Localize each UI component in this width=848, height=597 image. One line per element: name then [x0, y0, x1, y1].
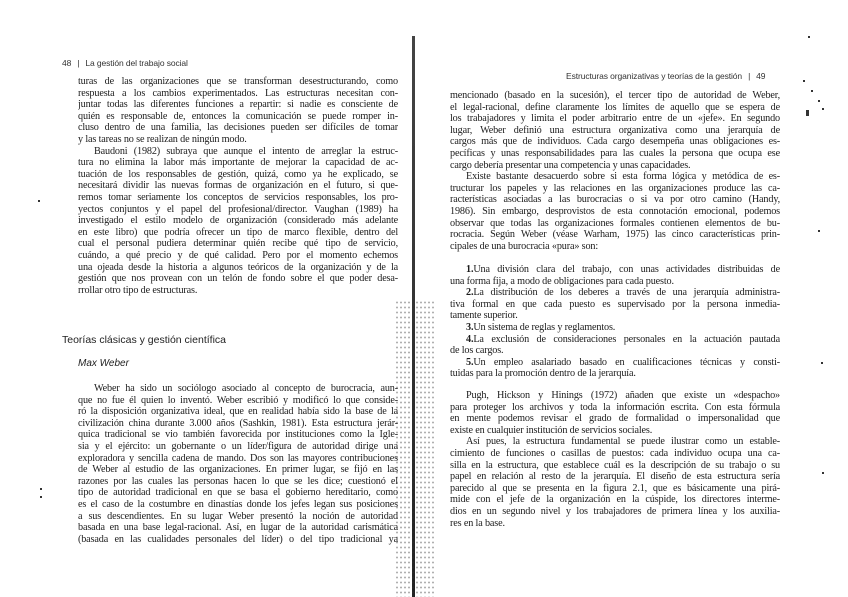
text-line: tiva formal en que cada puesto es superv…	[450, 299, 780, 311]
text-line: tuación de los responsables de gestión, …	[78, 169, 398, 181]
text-line: razones por las cuales las personas hace…	[78, 476, 398, 488]
text-line: Weber ha sido un sociólogo asociado al c…	[78, 383, 398, 395]
scan-speck	[822, 108, 824, 110]
text-line: rrollar otro tipo de estructuras.	[78, 285, 398, 297]
right-paragraph-1: mencionado (basado en la sucesión), el t…	[450, 90, 780, 252]
text-line: quica tradicional se vio también favorec…	[78, 429, 398, 441]
text-line: tipo de autoridad tradicional en que se …	[78, 487, 398, 499]
text-line: Existe bastante desacuerdo sobre si esta…	[450, 171, 780, 183]
text-line: (basada en las cualidades personales del…	[78, 534, 398, 546]
text-line: civilización china durante 3.000 años (S…	[78, 418, 398, 430]
text-line: remos tomar seriamente los conceptos de …	[78, 192, 398, 204]
text-line: cargos más que de individuos. Cada cargo…	[450, 136, 780, 148]
text-line: a sus descendientes. En su lugar Weber p…	[78, 511, 398, 523]
scan-speck	[811, 90, 813, 92]
text-line: cual el personal pudiera determinar quié…	[78, 238, 398, 250]
text-line: mide con el jefe de la organización en l…	[450, 494, 780, 506]
text-line: gestión que nos provean con un telón de …	[78, 273, 398, 285]
right-page-number: 49	[756, 71, 765, 81]
text-line: basada en una base legal-racional. Así, …	[78, 522, 398, 534]
left-page-number: 48	[62, 58, 71, 68]
text-line: yectos conjuntos y el papel del profesio…	[78, 204, 398, 216]
text-line: respuesta a los cambios experimentados. …	[78, 88, 398, 100]
header-separator: |	[77, 58, 79, 68]
text-line: es el caso de la costumbre en dinastías …	[78, 499, 398, 511]
text-line: el legal-racional, define claramente los…	[450, 102, 780, 114]
text-line: Pugh, Hickson y Hinings (1972) añaden qu…	[450, 390, 780, 402]
text-line: tura no elimina la labor más importante …	[78, 157, 398, 169]
text-line: tuidas para la promoción dentro de la je…	[450, 368, 780, 380]
text-line: papel en relación al resto de la jerarqu…	[450, 471, 780, 483]
text-line: ró la disposición organizativa ideal, qu…	[78, 406, 398, 418]
scan-speck	[821, 362, 823, 364]
text-line: tamente superior.	[450, 310, 780, 322]
text-line: necesitará dividir las nuevas formas de …	[78, 180, 398, 192]
text-line: Baudoni (1982) subraya que aunque el int…	[78, 146, 398, 158]
left-paragraph-1: turas de las organizaciones que se trans…	[78, 76, 398, 296]
text-line: cluso dentro de una familia, las decisio…	[78, 122, 398, 134]
list-item: 2.La distribución de los deberes a travé…	[450, 287, 780, 299]
right-page: Estructuras organizativas y teorías de l…	[418, 0, 848, 597]
text-line: exploradora y sencilla cadena de mando. …	[78, 453, 398, 465]
text-line: en este libro) que podría ofrecer un tip…	[78, 227, 398, 239]
text-line: rocracia. Según Weber (véase Warham, 197…	[450, 229, 780, 241]
text-line: mencionado (basado en la sucesión), el t…	[450, 90, 780, 102]
text-line: de los cargos.	[450, 345, 780, 357]
text-line: investigado el estilo modelo de organiza…	[78, 215, 398, 227]
text-line: racterísticas asociadas a las burocracia…	[450, 194, 780, 206]
text-line: una forma fija, a modo de obligaciones p…	[450, 276, 780, 288]
scan-speck	[818, 100, 820, 102]
scan-speck	[40, 496, 42, 498]
text-line: pecíficas y unas responsabilidades para …	[450, 148, 780, 160]
left-paragraph-3: Weber ha sido un sociólogo asociado al c…	[78, 383, 398, 545]
text-line: cargo debería presentar una competencia …	[450, 160, 780, 172]
subsection-title: Max Weber	[78, 358, 129, 369]
text-line: una ojeada desde la historia a algunos t…	[78, 262, 398, 274]
text-line: cimiento de funciones o casillas de pues…	[450, 448, 780, 460]
text-line: parecido al que se presenta en la figura…	[450, 483, 780, 495]
list-item: 5.Un empleo asalariado basado en cualifi…	[450, 357, 780, 369]
text-line: cuándo, a qué precio y de qué calidad. P…	[78, 250, 398, 262]
scan-speck	[808, 36, 810, 38]
text-line: tructurar los papeles y las relaciones e…	[450, 183, 780, 195]
list-item: 3.Un sistema de reglas y reglamentos.	[450, 322, 780, 334]
left-running-head-title: La gestión del trabajo social	[85, 58, 187, 68]
scan-speck	[40, 488, 42, 490]
text-line: silla en la estructura, que establece cu…	[450, 460, 780, 472]
text-line: existe en cualquier institución de servi…	[450, 425, 780, 437]
section-title: Teorías clásicas y gestión científica	[62, 334, 226, 346]
text-line: Así pues, la estructura fundamental se p…	[450, 436, 780, 448]
text-line: sia y el ejército: un gobernante o un lí…	[78, 441, 398, 453]
right-running-head-title: Estructuras organizativas y teorías de l…	[566, 71, 742, 81]
scan-speck	[38, 200, 40, 202]
scan-speck	[803, 80, 805, 82]
text-line: juntar todas las diferentes funciones a …	[78, 99, 398, 111]
scan-speck	[818, 230, 820, 232]
header-separator: |	[748, 71, 750, 81]
scan-speck	[822, 472, 824, 474]
right-running-head: Estructuras organizativas y teorías de l…	[566, 71, 765, 81]
text-line: para proteger los archivos y toda la inf…	[450, 402, 780, 414]
text-line: y las tareas no se realizan de ningún mo…	[78, 134, 398, 146]
text-line: de Weber al estudio de las organizacione…	[78, 464, 398, 476]
list-item: 4.La exclusión de consideraciones person…	[450, 334, 780, 346]
text-line: observar que todas las organizaciones fo…	[450, 218, 780, 230]
characteristics-list: 1.Una división clara del trabajo, con un…	[450, 264, 780, 380]
text-line: 1986). Sin embargo, desprovistos de esta…	[450, 206, 780, 218]
scan-speck	[806, 110, 809, 116]
text-line: dios en un segundo nivel y los trabajado…	[450, 506, 780, 518]
text-line: turas de las organizaciones que se trans…	[78, 76, 398, 88]
text-line: los trabajadores y limita el poder arbit…	[450, 113, 780, 125]
right-paragraph-3: Pugh, Hickson y Hinings (1972) añaden qu…	[450, 390, 780, 529]
text-line: lugar, Weber definió una estructura orga…	[450, 125, 780, 137]
left-page: 48|La gestión del trabajo social turas d…	[0, 0, 412, 597]
left-running-head: 48|La gestión del trabajo social	[62, 58, 188, 68]
text-line: res en la base.	[450, 518, 780, 530]
text-line: que no fue él quien lo inventó. Weber es…	[78, 395, 398, 407]
text-line: quién es responsable de, entonces la com…	[78, 111, 398, 123]
text-line: en mente podemos revisar el grado de for…	[450, 413, 780, 425]
text-line: cipales de una burocracia «pura» son:	[450, 241, 780, 253]
list-item: 1.Una división clara del trabajo, con un…	[450, 264, 780, 276]
